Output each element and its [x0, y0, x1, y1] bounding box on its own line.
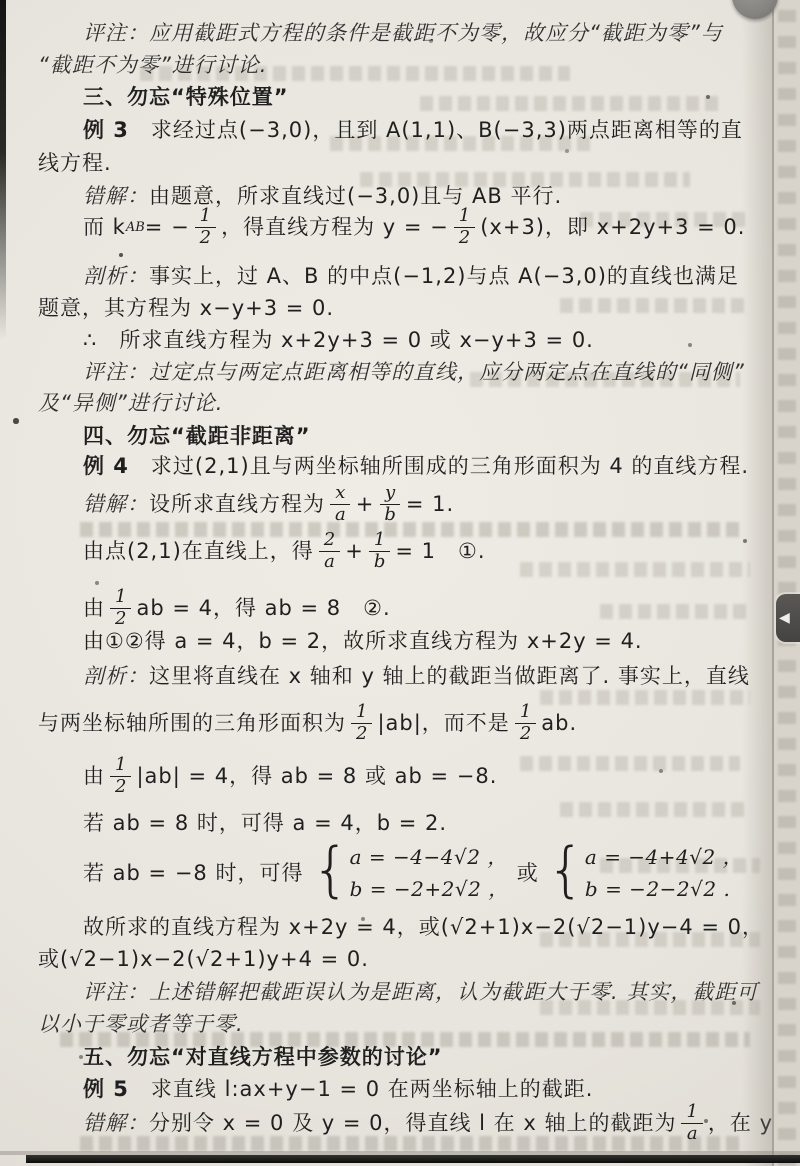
analysis-label: 剖析： — [83, 664, 149, 688]
system-values: a = −4+4√2 ，b = −2−2√2 . — [585, 844, 743, 903]
formula-segment: 由 — [83, 763, 105, 790]
formula-segment: ，得直线方程为 y = − — [221, 214, 449, 241]
scanned-book-page: 评注：应用截距式方程的条件是截距不为零，故应分“截距为零”与 “截距不为零”进行… — [0, 0, 800, 1166]
system-line-b: b = −2+2√2 ， — [350, 876, 509, 903]
analysis-3-line: 剖析：事实上，过 A、B 的中点(−1,2)与点 A(−3,0)的直线也满足 — [83, 263, 739, 290]
remark-line: 评注：上述错解把截距误认为是距离，认为截距大于零. 其实，截距可 — [83, 979, 758, 1006]
formula-segment: 由 — [83, 595, 105, 622]
fraction: 2a — [319, 530, 340, 571]
formula-segment: 而 k — [83, 214, 126, 241]
fraction-denominator: a — [319, 552, 340, 572]
therefore-line: ∴ 所求直线方程为 x+2y+3 = 0 或 x−y+3 = 0. — [83, 327, 594, 354]
formula-segment: + — [345, 538, 364, 565]
wrong-solution-label: 错解： — [83, 491, 149, 518]
case-ab-neg8-line: 若 ab = −8 时，可得 {a = −4−4√2 ，b = −2+2√2 ，… — [83, 838, 751, 908]
fraction-numerator: x — [330, 483, 350, 504]
formula-line-equation-2: 由12ab = 4，得 ab = 8 ②. — [83, 585, 391, 631]
fraction-numerator: 2 — [319, 530, 340, 551]
fraction: 1a — [681, 1102, 702, 1143]
equation-system: {a = −4+4√2 ，b = −2−2√2 . — [547, 844, 743, 903]
fraction-numerator: 1 — [195, 206, 216, 227]
conclusion-line: 由①②得 a = 4，b = 2，故所求直线方程为 x+2y = 4. — [83, 628, 643, 655]
formula-line-x-intercept: 错解：分别令 x = 0 及 y = 0，得直线 l 在 x 轴上的截距为1a，… — [83, 1100, 800, 1146]
chevron-left-icon: ◀ — [779, 610, 790, 626]
fraction-numerator: 1 — [110, 587, 131, 608]
analysis-3-continuation: 题意，其方程为 x−y+3 = 0. — [38, 295, 334, 322]
fraction: 12 — [195, 206, 216, 247]
bleed-through-artifact — [520, 562, 750, 577]
formula-line-equation-1: 由点(2,1)在直线上，得2a+1b= 1 ①. — [83, 528, 486, 574]
fraction: 1b — [369, 530, 391, 571]
section-heading-5: 五、勿忘“对直线方程中参数的讨论” — [83, 1044, 443, 1071]
remark-line: “截距不为零”进行讨论. — [38, 52, 267, 79]
fraction-numerator: 1 — [515, 702, 536, 723]
fraction-numerator: 1 — [351, 702, 372, 723]
example-3-text: 求经过点(−3,0)，且到 A(1,1)、B(−3,3)两点距离相等的直 — [129, 118, 743, 142]
remark-line: 评注：应用截距式方程的条件是截距不为零，故应分“截距为零”与 — [83, 20, 723, 47]
left-brace: { — [311, 843, 349, 897]
fraction-denominator: 2 — [110, 609, 131, 629]
bleed-through-artifact — [600, 604, 750, 619]
fraction-denominator: 2 — [110, 777, 131, 797]
case-ab8-line: 若 ab = 8 时，可得 a = 4，b = 2. — [83, 810, 447, 837]
page-edge-line — [772, 0, 774, 1166]
formula-line-abs: 由12|ab| = 4，得 ab = 8 或 ab = −8. — [83, 753, 497, 799]
fraction: 12 — [515, 702, 536, 743]
fraction-numerator: 1 — [454, 206, 475, 227]
system-line-a: a = −4+4√2 ， — [585, 844, 743, 871]
fraction-denominator: 2 — [454, 228, 475, 248]
page-fold-shadow — [742, 0, 772, 1166]
section-heading-3: 三、勿忘“特殊位置” — [83, 84, 289, 111]
remark-line: 评注：过定点与两定点距离相等的直线，应分两定点在直线的“同侧” — [83, 359, 745, 386]
formula-segment: 分别令 x = 0 及 y = 0，得直线 l 在 x 轴上的截距为 — [149, 1110, 676, 1137]
fraction-denominator: b — [379, 505, 401, 525]
fraction: 12 — [351, 702, 372, 743]
fraction-numerator: y — [380, 483, 400, 504]
remark-line: 以小于零或者等于零. — [38, 1011, 244, 1038]
formula-segment: (x+3)，即 x+2y+3 = 0. — [480, 214, 745, 241]
fraction-numerator: 1 — [681, 1102, 702, 1123]
fraction-denominator: 2 — [351, 724, 372, 744]
example-5-line: 例 5 求直线 l:ax+y−1 = 0 在两坐标轴上的截距. — [83, 1076, 593, 1103]
equation-system: {a = −4−4√2 ，b = −2+2√2 ， — [311, 844, 508, 903]
left-brace: { — [547, 843, 585, 897]
formula-segment: = 1 ①. — [395, 538, 485, 565]
fraction-denominator: 2 — [515, 724, 536, 744]
fraction: 12 — [454, 206, 475, 247]
formula-segment: |ab|，而不是 — [377, 710, 509, 737]
or-text: 或 — [517, 860, 539, 887]
fraction-denominator: a — [682, 1124, 703, 1144]
formula-segment: = 1. — [406, 491, 454, 518]
fraction: 12 — [110, 587, 131, 628]
formula-segment: 与两坐标轴所围的三角形面积为 — [38, 710, 346, 737]
example-4-text: 求过(2,1)且与两坐标轴所围成的三角形面积为 4 的直线方程. — [129, 454, 749, 478]
formula-segment: |ab| = 4，得 ab = 8 或 ab = −8. — [136, 763, 497, 790]
fraction-denominator: a — [330, 505, 351, 525]
final-answer-continuation: 或(√2−1)x−2(√2+1)y+4 = 0. — [38, 946, 369, 973]
section-heading-4: 四、勿忘“截距非距离” — [83, 423, 311, 450]
bleed-through-artifact — [520, 756, 740, 771]
page-nav-button[interactable]: ◀ — [776, 594, 800, 642]
formula-segment: 由点(2,1)在直线上，得 — [83, 538, 314, 565]
formula-segment: 设所求直线方程为 — [149, 491, 325, 518]
fraction: yb — [379, 483, 401, 524]
example-5-text: 求直线 l:ax+y−1 = 0 在两坐标轴上的截距. — [129, 1077, 594, 1101]
formula-segment: ab = 4，得 ab = 8 ②. — [136, 595, 390, 622]
bleed-through-artifact — [560, 298, 750, 313]
formula-segment: + — [356, 491, 375, 518]
analysis-text: 这里将直线在 x 轴和 y 轴上的截距当做距离了. 事实上，直线 — [149, 664, 750, 688]
formula-segment: ab. — [541, 710, 577, 737]
example-4-label: 例 4 — [83, 454, 129, 478]
formula-segment: = − — [145, 214, 190, 241]
fraction-numerator: 1 — [110, 755, 131, 776]
formula-line-area: 与两坐标轴所围的三角形面积为12|ab|，而不是12ab. — [38, 700, 577, 746]
final-answer-line: 故所求的直线方程为 x+2y = 4，或(√2+1)x−2(√2−1)y−4 =… — [83, 914, 764, 941]
fraction: 12 — [110, 755, 131, 796]
margin-bleed-marks — [778, 0, 796, 1166]
system-line-a: a = −4−4√2 ， — [350, 844, 509, 871]
formula-segment: 若 ab = −8 时，可得 — [83, 860, 303, 887]
example-3-label: 例 3 — [83, 118, 129, 142]
remark-line: 及“异侧”进行讨论. — [38, 390, 223, 417]
fraction-numerator: 1 — [369, 530, 390, 551]
analysis-4-line: 剖析：这里将直线在 x 轴和 y 轴上的截距当做距离了. 事实上，直线 — [83, 663, 750, 690]
fraction-denominator: b — [369, 552, 391, 572]
example-3-continuation: 线方程. — [38, 150, 112, 177]
example-3-line: 例 3 求经过点(−3,0)，且到 A(1,1)、B(−3,3)两点距离相等的直 — [83, 117, 743, 144]
subscript-AB: AB — [126, 214, 145, 241]
formula-line-intercept-form: 错解：设所求直线方程为xa+yb= 1. — [83, 481, 454, 527]
system-line-b: b = −2−2√2 . — [585, 876, 743, 903]
fraction-denominator: 2 — [195, 228, 216, 248]
bleed-through-artifact — [420, 96, 720, 111]
example-4-line: 例 4 求过(2,1)且与两坐标轴所围成的三角形面积为 4 的直线方程. — [83, 453, 749, 480]
analysis-text: 事实上，过 A、B 的中点(−1,2)与点 A(−3,0)的直线也满足 — [149, 264, 739, 288]
analysis-label: 剖析： — [83, 264, 149, 288]
fraction: xa — [330, 483, 351, 524]
example-5-label: 例 5 — [83, 1077, 129, 1101]
scan-left-edge-shadow — [0, 0, 6, 340]
bleed-through-artifact — [560, 802, 750, 817]
formula-line-slope: 而 kAB = −12，得直线方程为 y = −12(x+3)，即 x+2y+3… — [83, 204, 745, 250]
page-bottom-edge-bar — [26, 1155, 800, 1163]
wrong-solution-label: 错解： — [83, 1110, 149, 1137]
system-values: a = −4−4√2 ，b = −2+2√2 ， — [350, 844, 509, 903]
